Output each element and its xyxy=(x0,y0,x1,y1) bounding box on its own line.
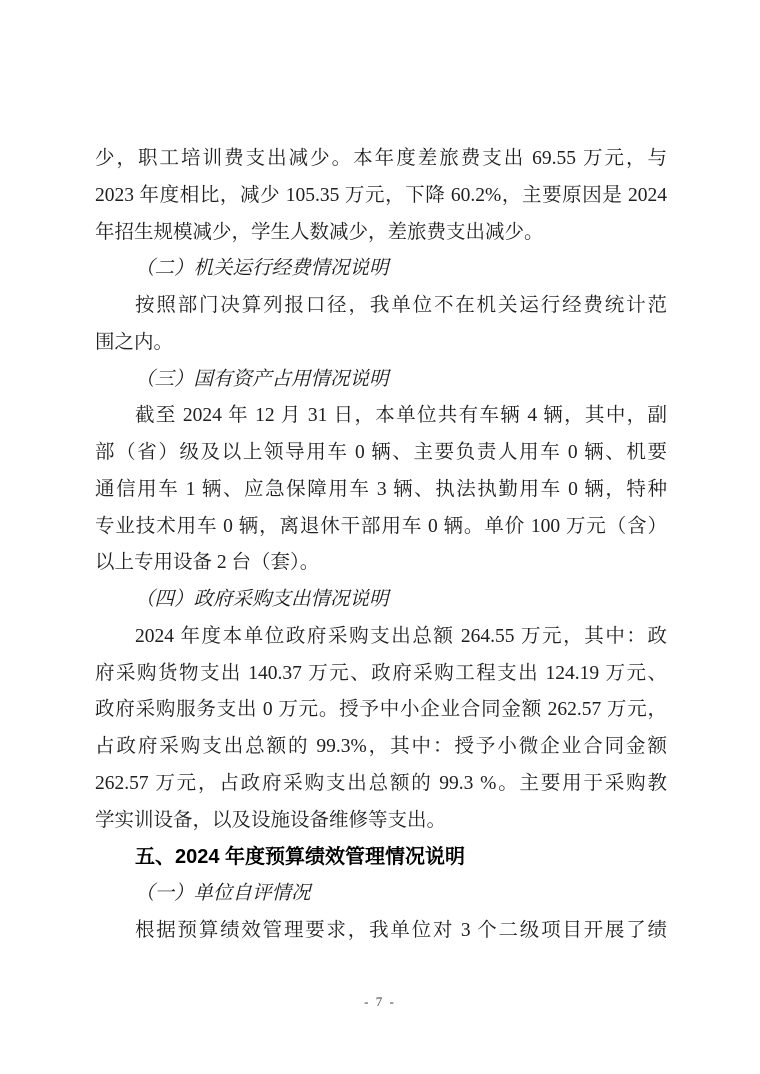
text-line: 府采购货物支出 140.37 万元、政府采购工程支出 124.19 万元、 xyxy=(95,656,667,693)
text-line: 截至 2024 年 12 月 31 日，本单位共有车辆 4 辆，其中，副 xyxy=(95,398,667,435)
text-line: 按照部门决算列报口径，我单位不在机关运行经费统计范 xyxy=(95,288,667,325)
text-line: 部（省）级及以上领导用车 0 辆、主要负责人用车 0 辆、机要 xyxy=(95,435,667,472)
text-line: 262.57 万元，占政府采购支出总额的 99.3 %。主要用于采购教 xyxy=(95,766,667,803)
text-line: （一）单位自评情况 xyxy=(95,876,667,913)
text-line: 学实训设备，以及设施设备维修等支出。 xyxy=(95,803,667,840)
document-body: 少，职工培训费支出减少。本年度差旅费支出 69.55 万元，与2023 年度相比… xyxy=(95,141,667,950)
text-line: （三）国有资产占用情况说明 xyxy=(95,362,667,399)
document-page: 少，职工培训费支出减少。本年度差旅费支出 69.55 万元，与2023 年度相比… xyxy=(0,0,760,1074)
text-line: 根据预算绩效管理要求，我单位对 3 个二级项目开展了绩 xyxy=(95,913,667,950)
text-line: 通信用车 1 辆、应急保障用车 3 辆、执法执勤用车 0 辆，特种 xyxy=(95,472,667,509)
text-line: 以上专用设备 2 台（套）。 xyxy=(95,545,667,582)
text-line: （二）机关运行经费情况说明 xyxy=(95,251,667,288)
text-line: 年招生规模减少，学生人数减少，差旅费支出减少。 xyxy=(95,215,667,252)
text-line: 少，职工培训费支出减少。本年度差旅费支出 69.55 万元，与 xyxy=(95,141,667,178)
text-line: 政府采购服务支出 0 万元。授予中小企业合同金额 262.57 万元， xyxy=(95,692,667,729)
text-line: 围之内。 xyxy=(95,325,667,362)
text-line: （四）政府采购支出情况说明 xyxy=(95,582,667,619)
text-line: 2024 年度本单位政府采购支出总额 264.55 万元，其中：政 xyxy=(95,619,667,656)
text-line: 占政府采购支出总额的 99.3%，其中：授予小微企业合同金额 xyxy=(95,729,667,766)
page-number: - 7 - xyxy=(0,994,760,1010)
text-line: 专业技术用车 0 辆，离退休干部用车 0 辆。单价 100 万元（含） xyxy=(95,509,667,546)
text-line: 五、2024 年度预算绩效管理情况说明 xyxy=(95,839,667,876)
text-line: 2023 年度相比，减少 105.35 万元，下降 60.2%，主要原因是 20… xyxy=(95,178,667,215)
